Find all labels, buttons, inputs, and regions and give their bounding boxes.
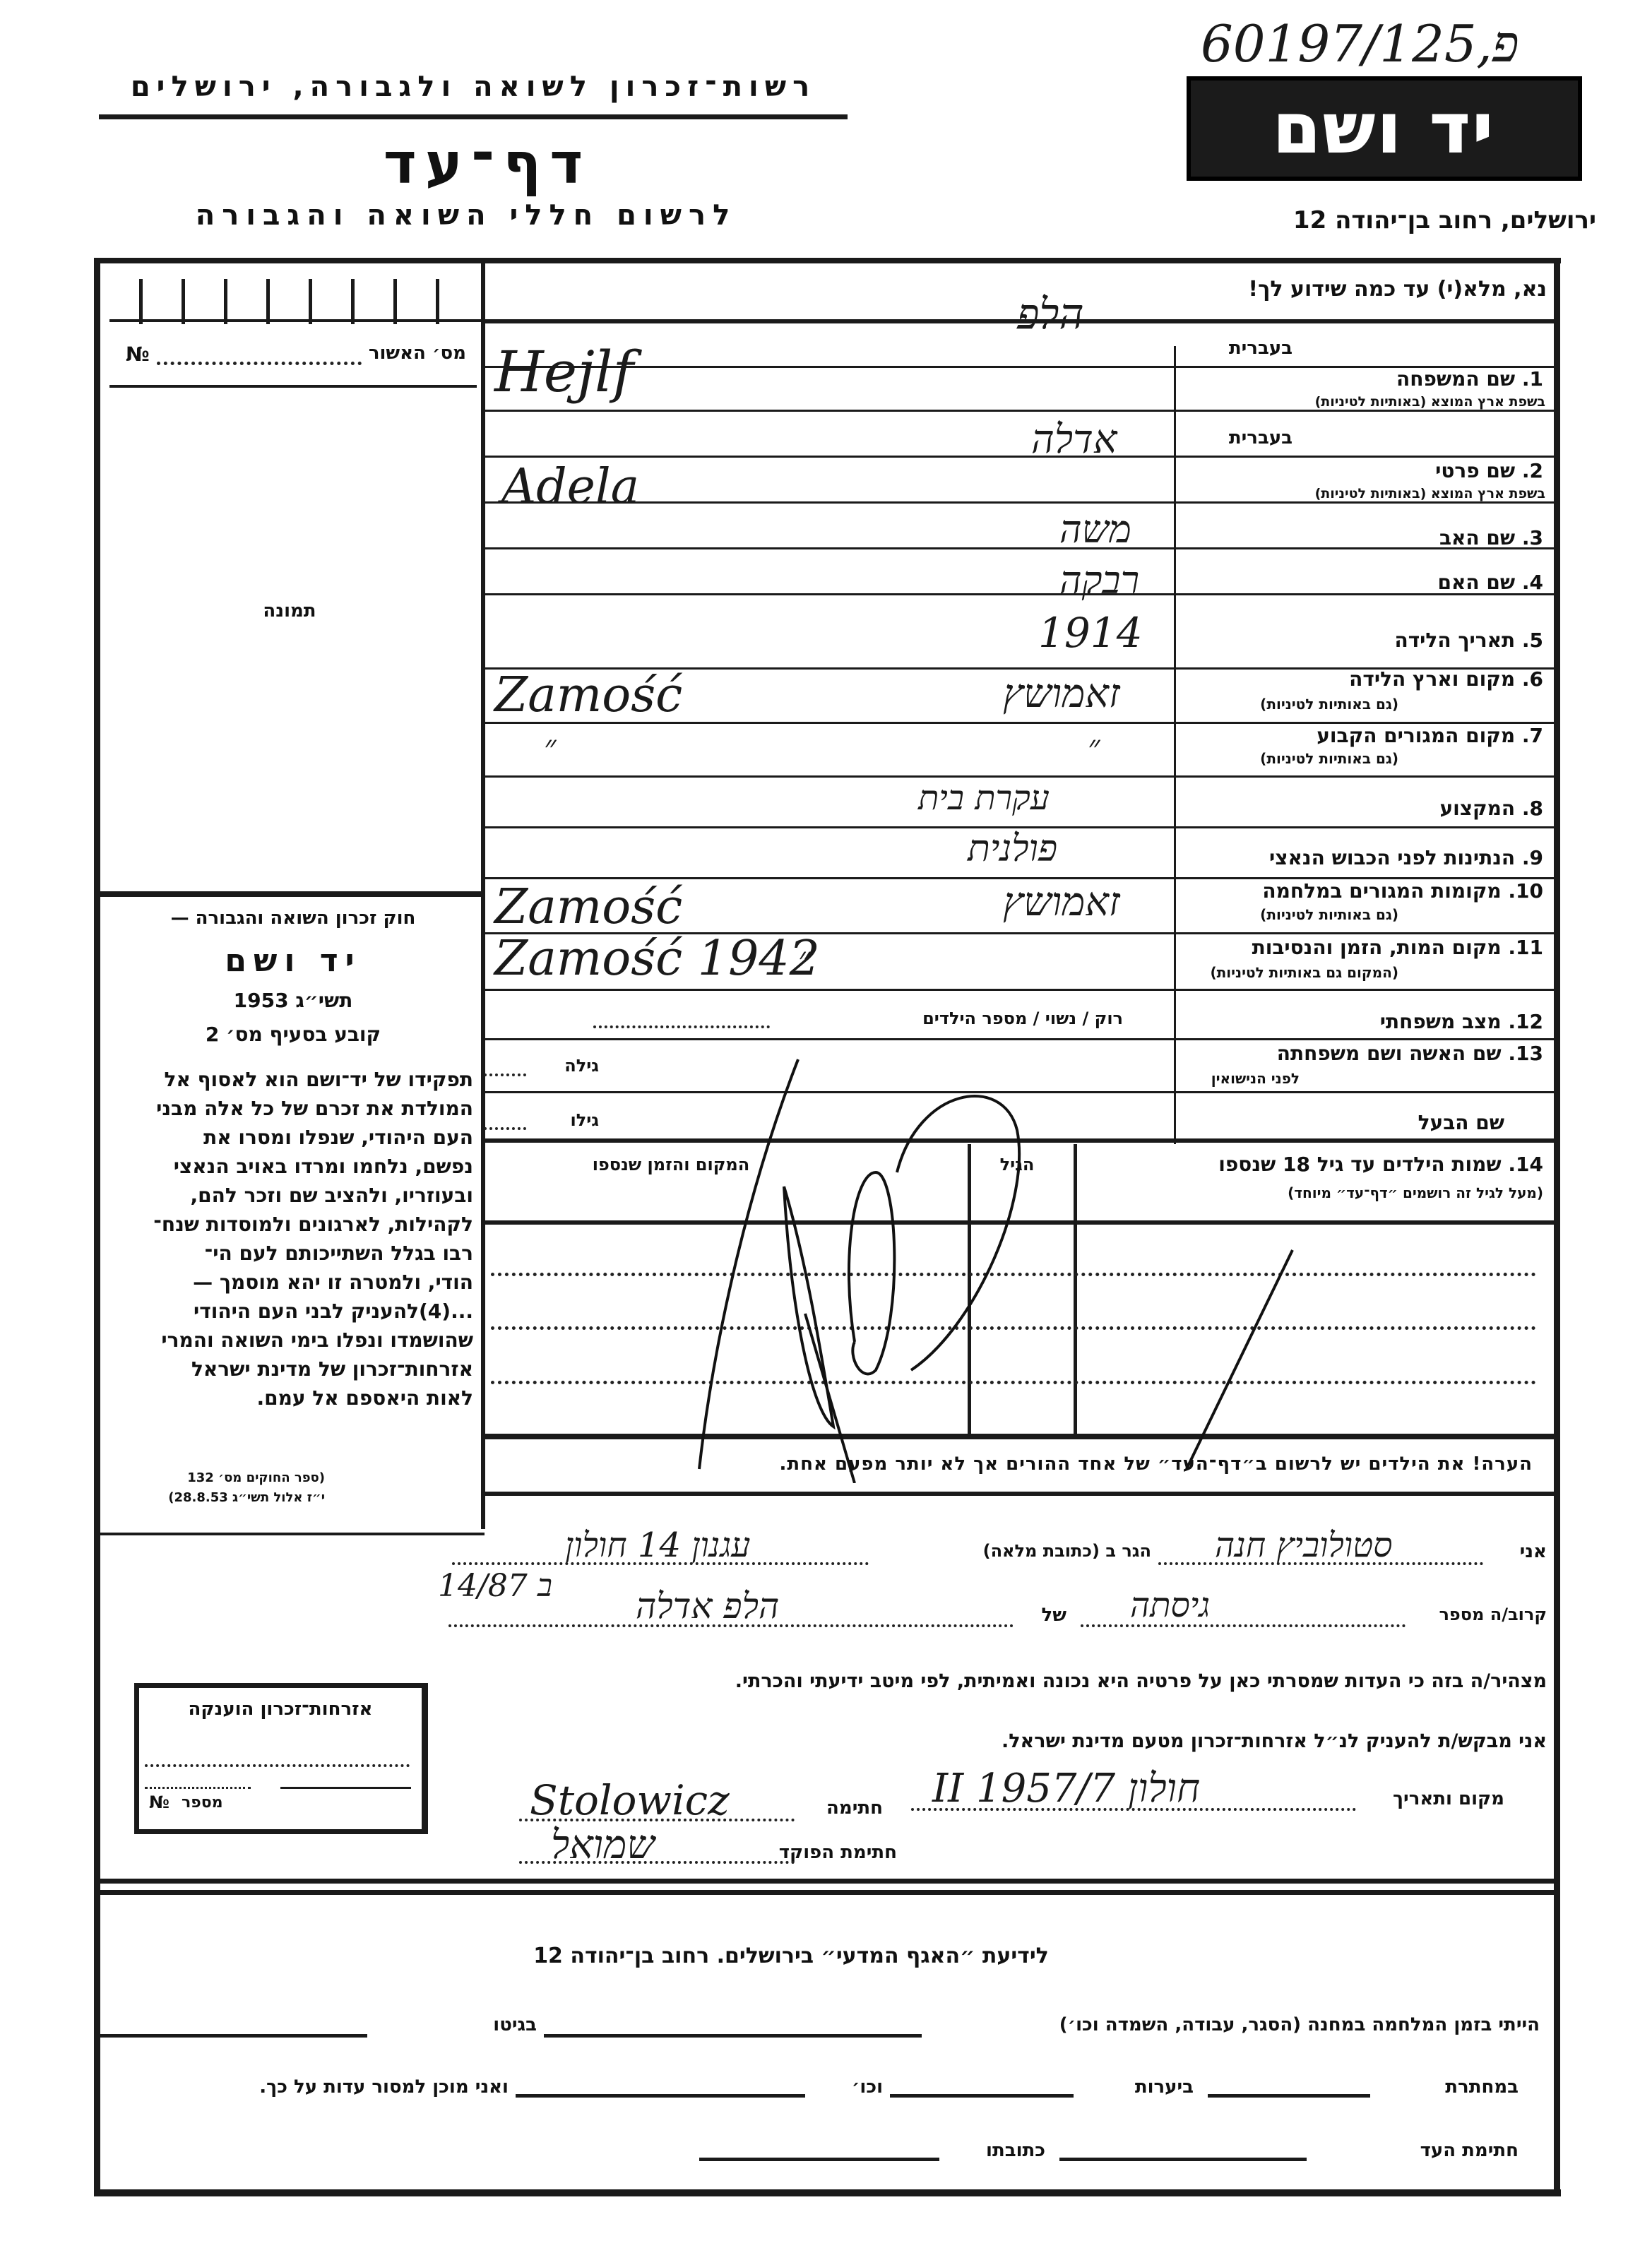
note-text: הערה! את הילדים יש לרשום ב״דף־העד״ של אח… [494, 1453, 1533, 1475]
field-8-text: המקצוע [1439, 797, 1515, 820]
relation-label: קרוב/ה מספר [1406, 1605, 1547, 1624]
law-box-top [100, 891, 485, 897]
field-10-number: 10. [1508, 879, 1543, 903]
field-6-sublabel: (גם באותיות לטיניות) [1187, 696, 1398, 713]
relation-value[interactable]: גיסתה [1130, 1586, 1210, 1625]
footer-rule-1 [100, 1879, 1555, 1884]
request-text: אני מבקש/ת להעניק לנ״ל אזרחות־זכרון מטעם… [706, 1730, 1547, 1752]
field-3-number: 3. [1522, 526, 1543, 549]
field-9-number: 9. [1522, 846, 1543, 869]
place-date-value[interactable]: חולון 7/II 1957 [932, 1766, 1200, 1812]
field-8-value[interactable]: עקרת בית [918, 778, 1050, 818]
field-1-value-hebrew[interactable]: הלפ [1017, 290, 1084, 339]
children-number: 14. [1508, 1153, 1543, 1176]
declarant-address-continued[interactable]: 14/87 ב [438, 1568, 552, 1604]
field-1-text: שם המשפחה [1396, 367, 1515, 391]
law-text-line: תפקידו של יד־ושם הוא לאסוף אל [106, 1065, 473, 1094]
forests-field[interactable] [890, 2094, 1074, 2098]
citizenship-number-field[interactable] [145, 1787, 251, 1789]
law-text-line: המולדת את זכרם של כל אלה מבני [106, 1094, 473, 1123]
field-13-number: 13. [1508, 1042, 1543, 1065]
row-line [485, 501, 1554, 504]
footer-forests-label: ביערות [1081, 2076, 1194, 2098]
field-2-hebrew-tag: בעברית [1187, 427, 1293, 448]
row-line [485, 410, 1554, 412]
row-line [485, 989, 1554, 991]
instruction-text: נא, מלא(י) עד כמה שידוע לך! [848, 277, 1547, 302]
row-line [485, 1038, 1554, 1040]
witness-address-field[interactable] [699, 2158, 939, 2161]
field-12-text: מצב משפחתי [1380, 1010, 1502, 1033]
frame-right [1554, 258, 1560, 2196]
of-value[interactable]: הלפ אדלה [636, 1586, 779, 1626]
field-2-value-hebrew[interactable]: אדלה [1031, 417, 1117, 463]
label-column-divider [1174, 346, 1176, 1144]
field-6-label: 6. מקום וארץ הלידה [1201, 667, 1543, 691]
law-text-line: נפשם, נלחמו ומרדו באויב הנאצי [106, 1152, 473, 1181]
field-4-value[interactable]: רבקה [1059, 558, 1139, 602]
law-text-line: לאות היאספם אל עמם. [106, 1384, 473, 1412]
declarant-i-label: אני [1497, 1541, 1547, 1562]
field-6-value-hebrew[interactable]: זאמושץ [1003, 671, 1120, 717]
law-section: קובע בסעיף מס׳ 2 [113, 1023, 473, 1046]
note-bottom [485, 1492, 1554, 1496]
field-1-hebrew-tag: בעברית [1187, 338, 1293, 359]
field-4-label: 4. שם האם [1201, 571, 1543, 594]
citizenship-number-symbol: № [149, 1792, 170, 1812]
field-6-text: מקום וארץ הלידה [1349, 667, 1515, 691]
field-10-value-latin[interactable]: Zamość [494, 879, 682, 935]
handwritten-ref-prefix: פ, [1476, 14, 1519, 74]
field-6-value-latin[interactable]: Zamość [494, 667, 682, 723]
approval-number-symbol: № [126, 343, 150, 366]
law-year-heb: תשי״ג [295, 989, 352, 1012]
law-text-line: רבו בגלל השתייכותם לעם הי־ [106, 1239, 473, 1268]
approval-number-label: מס׳ האשור [367, 343, 466, 364]
field-1-value-latin[interactable]: Hejlf [494, 339, 634, 405]
etc-field[interactable] [516, 2094, 805, 2098]
field-2-label: 2. שם פרטי [1201, 459, 1543, 482]
footer-line1-text: הייתי בזמן המלחמה במחנה (הסגר, עבודה, הש… [932, 2014, 1540, 2035]
field-11-value-latin[interactable]: Zamość 1942 [494, 931, 820, 987]
footer-etc-label: וכו׳ [812, 2076, 883, 2098]
law-text-line: ובעוזריו, ולהציב שם וזכר להם, [106, 1181, 473, 1210]
field-4-number: 4. [1522, 571, 1543, 594]
row-line [485, 775, 1554, 778]
footer-rule-2 [100, 1890, 1555, 1895]
underground-field[interactable] [1208, 2094, 1370, 2098]
law-name: יד ושם [113, 943, 473, 979]
approval-bottom-line [109, 385, 477, 388]
field-7-sublabel: (גם באותיות לטיניות) [1187, 750, 1398, 767]
law-year-row: תשי״ג 1953 [113, 989, 473, 1012]
frame-left [94, 258, 100, 2196]
field-5-text: תאריך הלידה [1394, 629, 1515, 652]
field-6-number: 6. [1522, 667, 1543, 691]
row-line [485, 456, 1554, 458]
field-7-number: 7. [1522, 724, 1543, 747]
law-box-bottom [100, 1533, 485, 1535]
field-11-label: 11. מקום המות, הזמן והנסיבות [1187, 936, 1543, 959]
form-title: דף־עד [311, 131, 664, 196]
place-date-label: מקום ותאריך [1363, 1788, 1504, 1809]
inspector-signature-label: חתימת הפוקד [777, 1842, 897, 1863]
field-9-label: 9. הנתינות לפני הכבוש הנאצי [1187, 846, 1543, 869]
field-5-value[interactable]: 1914 [1038, 609, 1143, 657]
field-9-text: הנתינות לפני הכבוש הנאצי [1269, 846, 1515, 869]
frame-top [94, 258, 1561, 263]
field-1-sublabel: בשפת ארץ המוצא (באותיות לטיניות) [1178, 394, 1545, 410]
field-3-label: 3. שם האב [1201, 526, 1543, 549]
field-9-value[interactable]: פולנית [968, 828, 1057, 870]
declaration-text: מצהיר/ה בזה כי העדות שמסרתי כאן על פרטיה… [452, 1670, 1547, 1692]
relation-line [1081, 1624, 1406, 1627]
law-text-line: הודי, ולמטרה זו יהא מוסמך — [106, 1268, 473, 1297]
yad-vashem-logo: יד ושם [1187, 76, 1582, 181]
declarant-name[interactable]: סטולוביץ חנה [1215, 1525, 1392, 1565]
field-10-text: מקומות המגורים במלחמה [1262, 879, 1501, 903]
header-address: ירושלים, רחוב בן־יהודה 12 [1201, 206, 1596, 234]
field-8-label: 8. המקצוע [1201, 797, 1543, 820]
field-2-value-latin[interactable]: Adela [501, 459, 639, 515]
citizenship-title: אזרחות־זכרון הוענקה [146, 1699, 415, 1720]
field-2-text: שם פרטי [1435, 459, 1515, 482]
field-8-number: 8. [1522, 797, 1543, 820]
declarant-name-line [1158, 1562, 1483, 1565]
field-10-label: 10. מקומות המגורים במלחמה [1187, 879, 1543, 903]
approval-number-field[interactable] [157, 362, 362, 365]
law-text-line: העם היהודי, שנפלו ומסרו את [106, 1123, 473, 1152]
photo-label: תמונה [247, 600, 332, 621]
field-7-value-latin[interactable]: ״ [544, 727, 556, 766]
camp-field[interactable] [544, 2034, 922, 2038]
law-text: תפקידו של יד־ושם הוא לאסוף אל המולדת את … [106, 1065, 473, 1412]
field-11-text: מקום המות, הזמן והנסיבות [1252, 936, 1502, 959]
field-1-label: 1. שם המשפחה [1201, 367, 1543, 391]
law-title: חוק זכרון השואה והגבורה — [113, 908, 473, 929]
of-line [448, 1624, 1014, 1627]
field-7-label: 7. מקום המגורים הקבוע [1201, 724, 1543, 747]
field-12-label: 12. מצב משפחתי [1201, 1010, 1543, 1033]
declarant-address[interactable]: עגנון 14 חולון [565, 1525, 750, 1565]
law-text-line: לקהילות, לארגונים ולמוסדות שנח־ [106, 1210, 473, 1239]
citizenship-box: אזרחות־זכרון הוענקה מספר № [134, 1683, 428, 1834]
field-7-text: מקום המגורים הקבוע [1317, 724, 1515, 747]
signature-label: חתימה [798, 1797, 883, 1819]
footer-heading: לידיעת ״האגף המדעי״ בירושלים. רחוב בן־יה… [509, 1944, 1074, 1968]
law-reference-2: י״ז אלול תשי״ג 28.8.53) [113, 1490, 325, 1505]
field-2-number: 2. [1522, 459, 1543, 482]
field-1-number: 1. [1522, 367, 1543, 391]
field-2-sublabel: בשפת ארץ המוצא (באותיות לטיניות) [1178, 486, 1545, 501]
field-10-value-hebrew[interactable]: זאמושץ [1003, 879, 1120, 925]
field-5-number: 5. [1522, 629, 1543, 652]
ghetto-field[interactable] [99, 2034, 367, 2038]
law-text-line: שהושמדו ונפלו בימי השואה והמרי [106, 1326, 473, 1355]
institution-line: רשות־זכרון לשואה ולגבורה, ירושלים [99, 71, 848, 103]
footer-ghetto-label: בגיטו [438, 2014, 537, 2035]
field-4-text: שם האם [1438, 571, 1516, 594]
field-12-number: 12. [1508, 1010, 1543, 1033]
logo-text: יד ושם [1273, 89, 1496, 168]
resident-label: הגר ב (כתובת מלאה) [876, 1541, 1151, 1561]
citizenship-line[interactable] [145, 1764, 410, 1767]
header-divider [99, 114, 848, 119]
field-10-sublabel: (גם באותיות לטיניות) [1187, 906, 1398, 923]
form-subtitle: לרשום חללי השואה והגבורה [162, 199, 770, 232]
tick-row-bottom [109, 319, 484, 322]
inspector-signature-line [519, 1861, 795, 1864]
photo-area[interactable] [106, 392, 477, 886]
place-date-line [911, 1808, 1356, 1811]
field-11-number: 11. [1508, 936, 1543, 959]
footer-willing-text: ואני מוכן למסור עדות על כך. [99, 2076, 509, 2098]
footer-underground-label: במחתרת [1377, 2076, 1519, 2098]
law-text-line: אזרחות־זכרון של מדינת ישראל [106, 1355, 473, 1384]
cancellation-scribble [480, 1045, 1328, 1483]
declarant-address-line [452, 1562, 869, 1565]
field-3-value[interactable]: משה [1059, 507, 1131, 552]
field-11-sublabel: (המקום גם באותיות לטיניות) [1187, 964, 1398, 981]
law-reference-1: (ספר החוקים מס׳ 132 [113, 1470, 325, 1485]
citizenship-number-label: מספר [182, 1794, 223, 1812]
frame-bottom [94, 2189, 1561, 2196]
signature-value[interactable]: Stolowicz [530, 1776, 730, 1824]
witness-signature-field[interactable] [1059, 2158, 1307, 2161]
law-year: 1953 [234, 989, 289, 1012]
citizenship-number-line [280, 1787, 411, 1789]
field-3-text: שם האב [1439, 526, 1515, 549]
children-count-field[interactable] [593, 1025, 770, 1028]
of-label: של [1017, 1605, 1066, 1626]
footer-address-label: כתובתו [939, 2140, 1045, 2161]
handwritten-ref-number: 60197/125 [1201, 14, 1477, 73]
marital-status-options[interactable]: רוק / נשוי / מספר הילדים [770, 1009, 1123, 1028]
footer-witness-signature-label: חתימת העד [1377, 2140, 1519, 2161]
law-text-line: ...(4)להעניק לבני העם היהודי [106, 1297, 473, 1326]
signature-line [519, 1819, 795, 1821]
field-5-label: 5. תאריך הלידה [1201, 629, 1543, 652]
field-7-value-hebrew[interactable]: ״ [1088, 727, 1100, 766]
